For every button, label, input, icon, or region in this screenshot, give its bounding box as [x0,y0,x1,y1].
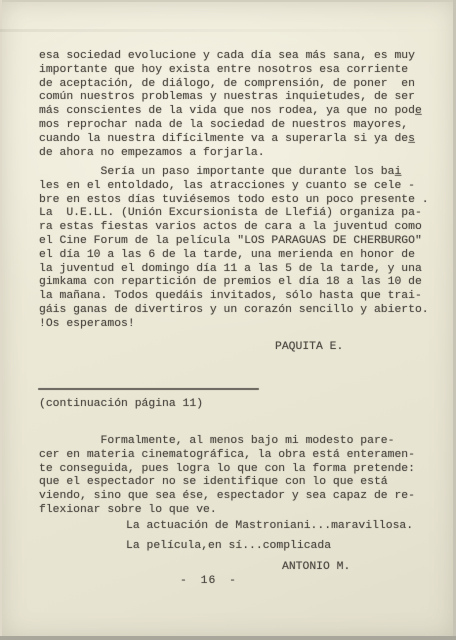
remark-film-line: La película,en sí...complicada [126,540,331,554]
paper-edge-top [0,0,456,2]
paper-edge-left [0,0,2,640]
separator-rule [38,388,259,390]
paper-edge-bottom [0,636,456,640]
document-page: esa sociedad evolucione y cada día sea m… [0,0,456,640]
remark-actor-line: La actuación de Mastroniani...maravillos… [126,520,413,534]
signature-antonio: ANTONIO M. [282,561,350,575]
paragraph-festival-events: Sería un paso importante que durante los… [39,166,429,332]
paragraph-society: esa sociedad evolucione y cada día sea m… [39,50,422,160]
continuation-heading: (continuación página 11) [39,398,203,412]
signature-paquita: PAQUITA E. [275,341,343,355]
paragraph-film-review: Formalmente, al menos bajo mi modesto pa… [39,435,415,518]
paper-crease [0,29,456,32]
page-number: - 16 - [180,575,237,589]
